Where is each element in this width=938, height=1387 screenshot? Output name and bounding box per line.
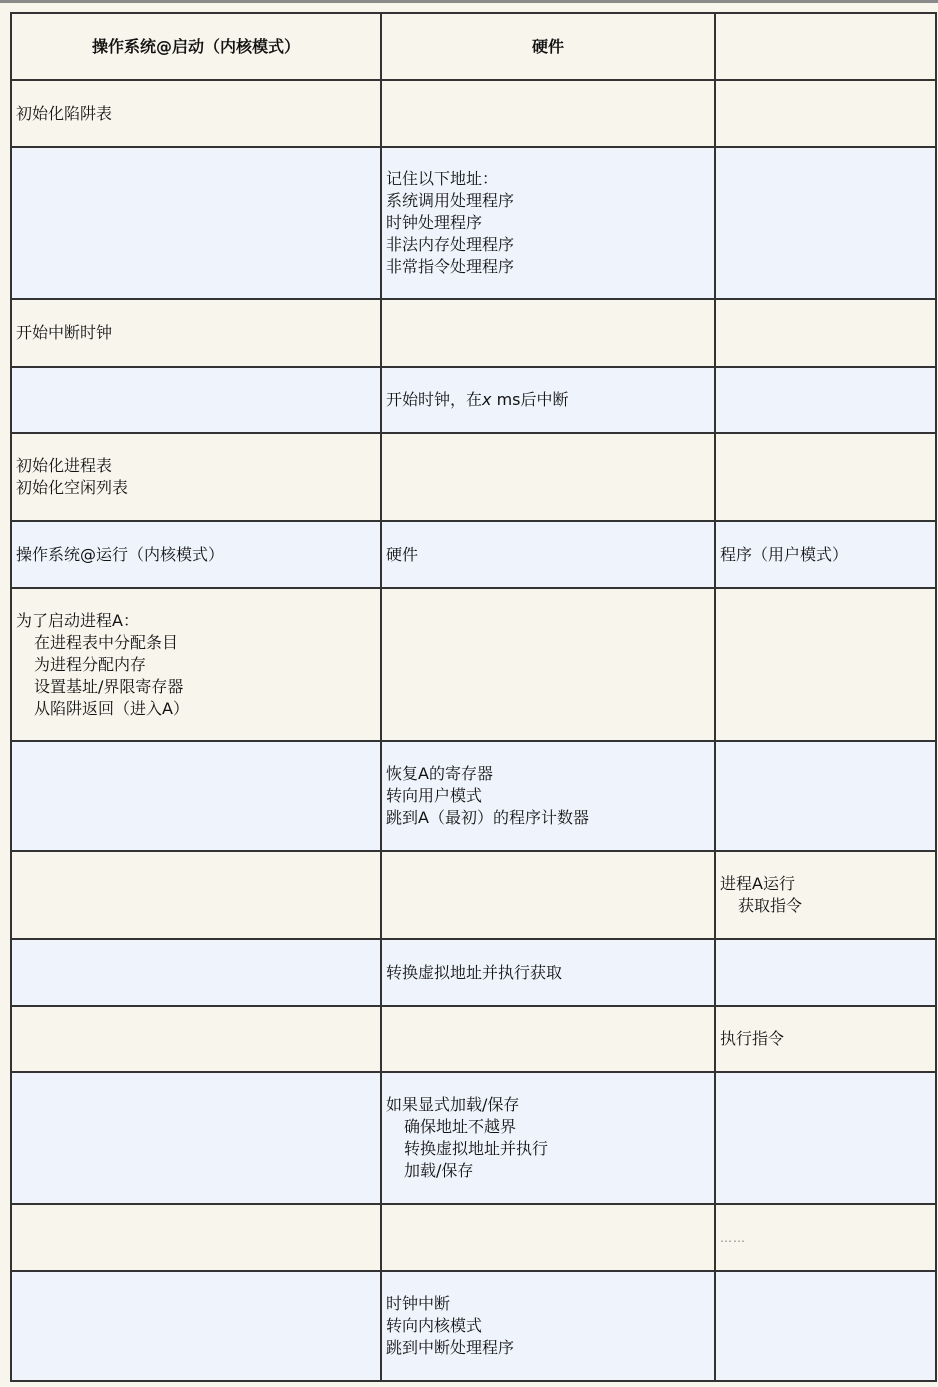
hardware-cell — [381, 851, 715, 939]
cell-text-line: 非常指令处理程序 — [386, 256, 710, 278]
table-row: 开始中断时钟 — [11, 299, 936, 367]
header-row: 操作系统@启动（内核模式） 硬件 — [11, 13, 936, 80]
column-header-empty — [715, 13, 936, 80]
variable-x: x — [482, 390, 491, 409]
os-cell: 为了启动进程A：在进程表中分配条目为进程分配内存设置基址/界限寄存器从陷阱返回（… — [11, 588, 381, 741]
table-row: 时钟中断转向内核模式跳到中断处理程序 — [11, 1271, 936, 1381]
cell-text-line: 获取指令 — [720, 895, 931, 917]
cell-text-line: 非法内存处理程序 — [386, 234, 710, 256]
program-cell — [715, 433, 936, 521]
program-cell: 进程A运行获取指令 — [715, 851, 936, 939]
cell-text-line: 加载/保存 — [386, 1160, 710, 1182]
cell-text-line: 确保地址不越界 — [386, 1116, 710, 1138]
cell-text-line: 时钟中断 — [386, 1293, 710, 1315]
cell-text-line: 从陷阱返回（进入A） — [16, 698, 376, 720]
cell-text-line: 初始化进程表 — [16, 455, 376, 477]
table-row: 初始化进程表初始化空闲列表 — [11, 433, 936, 521]
table-row: 恢复A的寄存器转向用户模式跳到A（最初）的程序计数器 — [11, 741, 936, 851]
cell-text-line: 时钟处理程序 — [386, 212, 710, 234]
hardware-cell: 时钟中断转向内核模式跳到中断处理程序 — [381, 1271, 715, 1381]
cell-text-line: 开始时钟，在x ms后中断 — [386, 389, 710, 411]
cell-text-line: 初始化空闲列表 — [16, 477, 376, 499]
cell-text-line: 在进程表中分配条目 — [16, 632, 376, 654]
os-cell: 初始化陷阱表 — [11, 80, 381, 147]
cell-text-line: 转向内核模式 — [386, 1315, 710, 1337]
cell-text-line: 设置基址/界限寄存器 — [16, 676, 376, 698]
os-cell — [11, 1006, 381, 1072]
cell-text-line: 初始化陷阱表 — [16, 103, 376, 125]
program-cell: 执行指令 — [715, 1006, 936, 1072]
program-cell: 程序（用户模式） — [715, 521, 936, 588]
column-header-hardware: 硬件 — [381, 13, 715, 80]
cell-text-line: 硬件 — [386, 544, 710, 566]
os-cell — [11, 851, 381, 939]
column-header-os-boot: 操作系统@启动（内核模式） — [11, 13, 381, 80]
program-cell — [715, 1072, 936, 1204]
hardware-cell: 记住以下地址：系统调用处理程序时钟处理程序非法内存处理程序非常指令处理程序 — [381, 147, 715, 299]
os-cell — [11, 1072, 381, 1204]
hardware-cell — [381, 299, 715, 367]
os-cell — [11, 367, 381, 433]
cell-text-line: 跳到中断处理程序 — [386, 1337, 710, 1359]
program-cell — [715, 80, 936, 147]
program-cell — [715, 588, 936, 741]
program-cell — [715, 1271, 936, 1381]
hardware-cell — [381, 1204, 715, 1271]
table-row: 初始化陷阱表 — [11, 80, 936, 147]
os-cell — [11, 147, 381, 299]
cell-text-line: 恢复A的寄存器 — [386, 763, 710, 785]
program-cell — [715, 147, 936, 299]
hardware-cell — [381, 1006, 715, 1072]
os-cell — [11, 1271, 381, 1381]
hardware-cell — [381, 588, 715, 741]
program-cell — [715, 299, 936, 367]
cell-text-line: 操作系统@运行（内核模式） — [16, 544, 376, 566]
hardware-cell — [381, 80, 715, 147]
cell-text-line: 为了启动进程A： — [16, 610, 376, 632]
os-cell — [11, 741, 381, 851]
table-row: 如果显式加载/保存确保地址不越界转换虚拟地址并执行加载/保存 — [11, 1072, 936, 1204]
os-cell — [11, 1204, 381, 1271]
table-row: 执行指令 — [11, 1006, 936, 1072]
table-row: 记住以下地址：系统调用处理程序时钟处理程序非法内存处理程序非常指令处理程序 — [11, 147, 936, 299]
cell-text-line: 如果显式加载/保存 — [386, 1094, 710, 1116]
program-cell — [715, 367, 936, 433]
table-row: …… — [11, 1204, 936, 1271]
os-cell — [11, 939, 381, 1006]
os-cell: 操作系统@运行（内核模式） — [11, 521, 381, 588]
hardware-cell: 开始时钟，在x ms后中断 — [381, 367, 715, 433]
os-hardware-program-timeline-table: 操作系统@启动（内核模式） 硬件 初始化陷阱表记住以下地址：系统调用处理程序时钟… — [10, 12, 937, 1382]
os-cell: 初始化进程表初始化空闲列表 — [11, 433, 381, 521]
hardware-cell: 恢复A的寄存器转向用户模式跳到A（最初）的程序计数器 — [381, 741, 715, 851]
table-row: 为了启动进程A：在进程表中分配条目为进程分配内存设置基址/界限寄存器从陷阱返回（… — [11, 588, 936, 741]
program-cell — [715, 741, 936, 851]
hardware-cell: 转换虚拟地址并执行获取 — [381, 939, 715, 1006]
cell-text-line: 记住以下地址： — [386, 168, 710, 190]
table-row: 进程A运行获取指令 — [11, 851, 936, 939]
cell-text-line: 程序（用户模式） — [720, 544, 931, 566]
table-row: 转换虚拟地址并执行获取 — [11, 939, 936, 1006]
os-cell: 开始中断时钟 — [11, 299, 381, 367]
cell-text-line: 为进程分配内存 — [16, 654, 376, 676]
program-cell — [715, 939, 936, 1006]
hardware-cell: 硬件 — [381, 521, 715, 588]
cell-text-line: 进程A运行 — [720, 873, 931, 895]
cell-text-line: 执行指令 — [720, 1028, 931, 1050]
cell-text-line: 转向用户模式 — [386, 785, 710, 807]
top-edge-bar — [0, 0, 938, 3]
cell-text-line: 转换虚拟地址并执行获取 — [386, 962, 710, 984]
cell-text-line: 开始中断时钟 — [16, 322, 376, 344]
table-row: 操作系统@运行（内核模式）硬件程序（用户模式） — [11, 521, 936, 588]
table-row: 开始时钟，在x ms后中断 — [11, 367, 936, 433]
cell-text-line: 转换虚拟地址并执行 — [386, 1138, 710, 1160]
cell-text-line: …… — [720, 1227, 931, 1249]
cell-text-line: 系统调用处理程序 — [386, 190, 710, 212]
cell-text-line: 跳到A（最初）的程序计数器 — [386, 807, 710, 829]
program-cell: …… — [715, 1204, 936, 1271]
hardware-cell: 如果显式加载/保存确保地址不越界转换虚拟地址并执行加载/保存 — [381, 1072, 715, 1204]
hardware-cell — [381, 433, 715, 521]
